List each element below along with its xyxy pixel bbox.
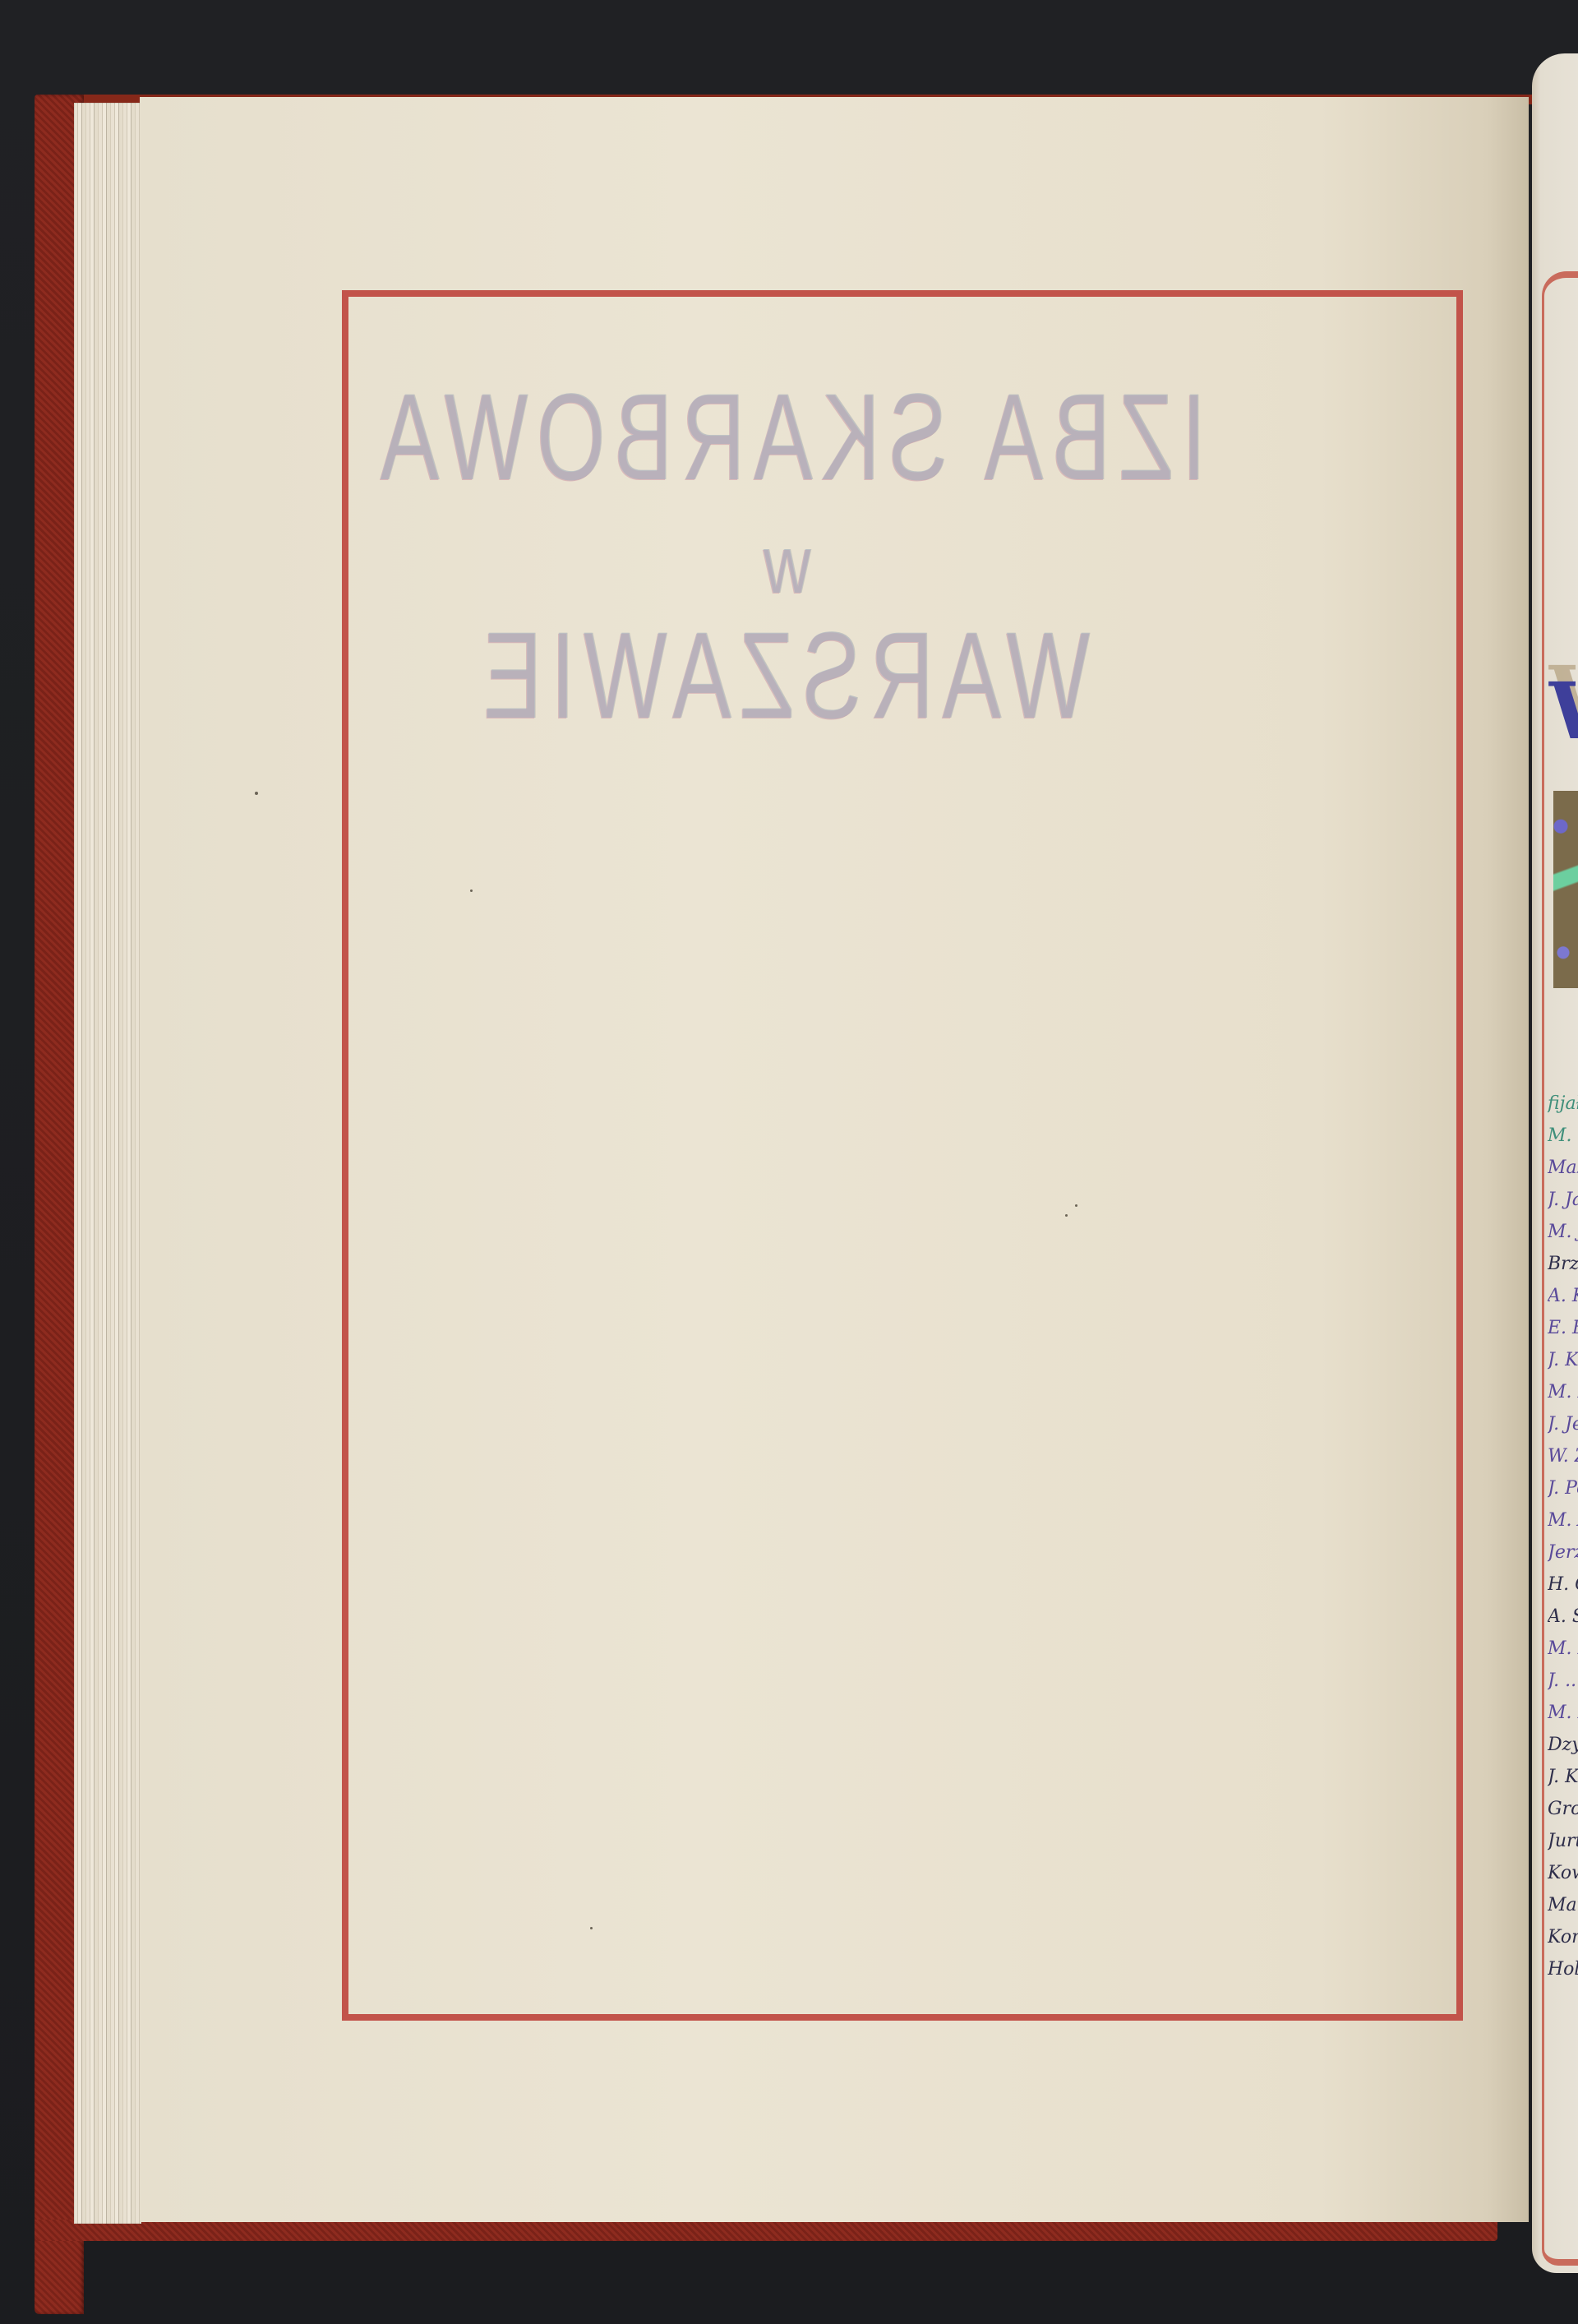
signature: Jerzy... <box>1548 1542 1578 1563</box>
paper-speck <box>470 889 473 892</box>
signature: E. Brzozo... <box>1548 1318 1578 1338</box>
show-through-heading-line2: w <box>151 518 1414 612</box>
signature: J. Kuls... <box>1548 1767 1578 1787</box>
book-cover-bottom-edge <box>35 2220 1497 2241</box>
signature: Matkow... <box>1548 1895 1578 1915</box>
paper-speck <box>255 792 258 795</box>
signature: M. Jaś... <box>1548 1222 1578 1242</box>
signature: Holaskow... <box>1548 1959 1578 1980</box>
right-page-initial-letter: W <box>1549 666 1578 757</box>
paper-speck <box>590 1927 593 1929</box>
floral-illumination <box>1553 791 1578 988</box>
signature: J. Jeleck... <box>1548 1414 1578 1435</box>
signature: M. Albinsk... <box>1548 1510 1578 1531</box>
signature: J. Ja... <box>1548 1190 1578 1210</box>
show-through-heading-line1: IZBA SKARBOWA <box>221 366 1357 508</box>
signature: Dzy... <box>1548 1735 1578 1755</box>
signature: fijałk... <box>1548 1093 1578 1114</box>
signature: Jurtan... <box>1548 1831 1578 1851</box>
signature: Kontrapunkt... <box>1548 1927 1578 1947</box>
page-stack-edges <box>74 103 141 2224</box>
signature: W. Zielin... <box>1548 1446 1578 1467</box>
signature: A. Kraj... <box>1548 1286 1578 1306</box>
paper-speck <box>1075 1204 1077 1207</box>
signature: M. W... <box>1548 1125 1578 1146</box>
signature: J. Korzon... <box>1548 1350 1578 1370</box>
signature: J. ... <box>1548 1670 1578 1691</box>
signature: H. Gosi... <box>1548 1574 1578 1595</box>
show-through-heading-line3: WARSZAWIE <box>215 604 1350 746</box>
signature: M. Ket... <box>1548 1703 1578 1723</box>
signature: M. Nam... <box>1548 1382 1578 1402</box>
signature: J. Pogon... <box>1548 1478 1578 1499</box>
signature: Brzł... <box>1548 1254 1578 1274</box>
signature: Grochow... <box>1548 1799 1578 1819</box>
signature: A. S... <box>1548 1606 1578 1627</box>
signature: M. Las... <box>1548 1638 1578 1659</box>
paper-speck <box>1065 1214 1068 1217</box>
signature: Mazur... <box>1548 1157 1578 1178</box>
signature: Kowal... <box>1548 1863 1578 1883</box>
signature-list: fijałk... M. W... Mazur... J. Ja... M. J… <box>1548 1093 1578 2022</box>
